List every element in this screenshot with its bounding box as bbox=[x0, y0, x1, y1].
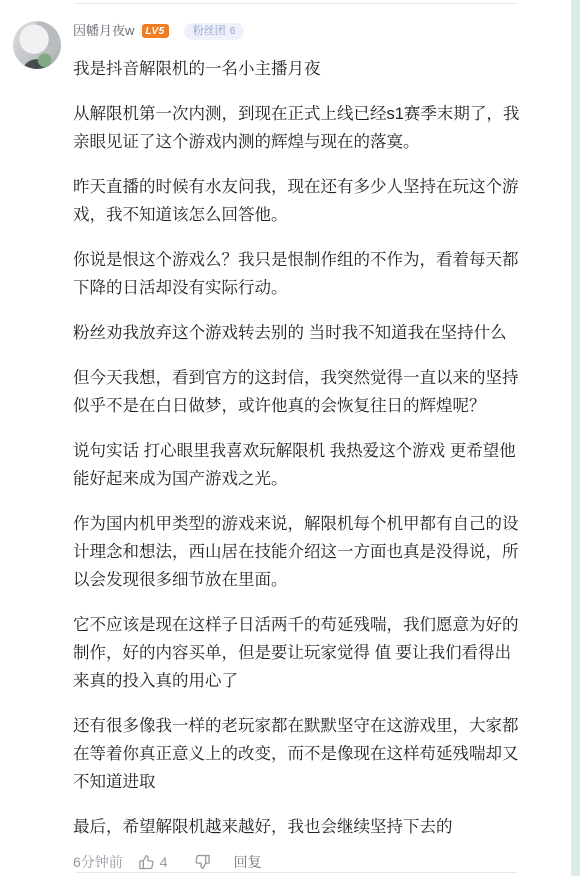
comment-footer: 6分钟前 4 回复 bbox=[73, 850, 527, 874]
username[interactable]: 因幡月夜w bbox=[73, 22, 134, 40]
comment-paragraph: 还有很多像我一样的老玩家都在默默坚守在这游戏里，大家都在等着你真正意义上的改变，… bbox=[73, 712, 527, 796]
comment-paragraph: 说句实话 打心眼里我喜欢玩解限机 我热爱这个游戏 更希望他能好起来成为国产游戏之… bbox=[73, 437, 527, 493]
timestamp: 6分钟前 bbox=[73, 852, 123, 872]
thumbs-up-icon bbox=[137, 853, 155, 871]
comment-header: 因幡月夜w LV5 粉丝团 6 bbox=[73, 22, 527, 40]
comment-paragraph: 它不应该是现在这样子日活两千的苟延残喘，我们愿意为好的制作，好的内容买单，但是要… bbox=[73, 611, 527, 695]
comment-paragraph: 昨天直播的时候有水友问我，现在还有多少人坚持在玩这个游戏，我不知道该怎么回答他。 bbox=[73, 173, 527, 229]
comment-paragraph: 作为国内机甲类型的游戏来说，解限机每个机甲都有自己的设计理念和想法，西山居在技能… bbox=[73, 510, 527, 594]
comment-paragraph: 但今天我想，看到官方的这封信，我突然觉得一直以来的坚持似乎不是在白日做梦，或许他… bbox=[73, 364, 527, 420]
comment-paragraph: 我是抖音解限机的一名小主播月夜 bbox=[73, 55, 527, 83]
dislike-button[interactable] bbox=[194, 853, 212, 871]
reply-button[interactable]: 回复 bbox=[234, 852, 262, 872]
fan-club-label: 粉丝团 bbox=[193, 23, 226, 40]
like-count: 4 bbox=[160, 854, 168, 870]
like-button[interactable]: 4 bbox=[137, 853, 168, 871]
fan-club-badge[interactable]: 粉丝团 6 bbox=[184, 23, 245, 40]
thumbs-down-icon bbox=[194, 853, 212, 871]
user-level-badge: LV5 bbox=[142, 24, 168, 38]
comment-page: 因幡月夜w LV5 粉丝团 6 我是抖音解限机的一名小主播月夜从解限机第一次内测… bbox=[0, 0, 580, 876]
comment-paragraph: 从解限机第一次内测，到现在正式上线已经s1赛季末期了，我亲眼见证了这个游戏内测的… bbox=[73, 100, 527, 156]
comment-paragraph: 你说是恨这个游戏么？我只是恨制作组的不作为，看着每天都下降的日活却没有实际行动。 bbox=[73, 246, 527, 302]
fan-club-level: 6 bbox=[230, 23, 236, 40]
comment-body: 我是抖音解限机的一名小主播月夜从解限机第一次内测，到现在正式上线已经s1赛季末期… bbox=[73, 55, 527, 841]
page-edge-strip bbox=[571, 0, 580, 876]
comment-paragraph: 粉丝劝我放弃这个游戏转去别的 当时我不知道我在坚持什么 bbox=[73, 319, 527, 347]
comment-item: 因幡月夜w LV5 粉丝团 6 我是抖音解限机的一名小主播月夜从解限机第一次内测… bbox=[0, 0, 580, 876]
bottom-divider bbox=[76, 872, 517, 873]
comment-paragraph: 最后，希望解限机越来越好，我也会继续坚持下去的 bbox=[73, 813, 527, 841]
user-avatar[interactable] bbox=[13, 21, 61, 69]
